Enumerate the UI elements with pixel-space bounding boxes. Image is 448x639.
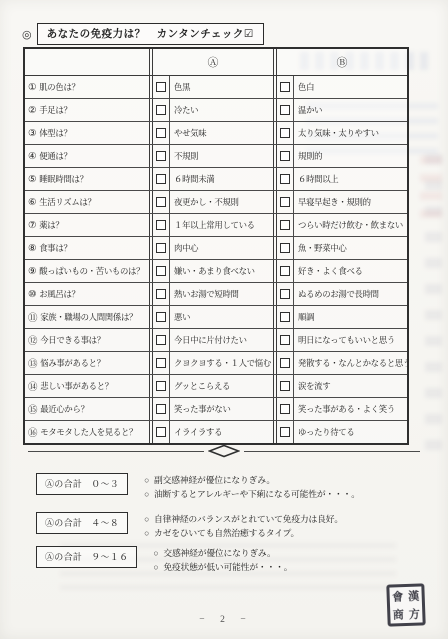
answer-b-cell: 涙を流す — [293, 375, 407, 397]
table-row: ⑤睡眠時間は？ ６時間未満 ６時間以上 — [25, 168, 407, 191]
answer-b-cell: つらい時だけ飲む・飲まない — [293, 214, 407, 236]
question-text: 生活リズムは？ — [39, 196, 95, 208]
checkbox-b-cell — [273, 421, 293, 443]
checkbox-a-cell — [149, 214, 169, 236]
checkbox-b[interactable] — [280, 151, 290, 161]
answer-a-text: 熱いお湯で短時間 — [174, 288, 239, 300]
checkbox-a-cell — [149, 306, 169, 328]
checkbox-b[interactable] — [280, 197, 290, 207]
page-number: − 2 − — [0, 611, 448, 625]
table-row: ⑯モタモタした人を見ると？ イライラする ゆったり待てる — [25, 421, 407, 443]
bleedthrough-artifact — [425, 150, 442, 450]
row-number: ⑬ — [28, 356, 37, 370]
result-text: 油断するとアレルギーや下痢になる可能性が・・・。 — [154, 488, 360, 502]
answer-b-text: ゆったり待てる — [298, 426, 354, 438]
checkbox-a[interactable] — [156, 128, 166, 138]
answer-a-text: クヨクヨする・１人で悩む — [174, 357, 271, 369]
answer-a-text: １年以上常用している — [174, 219, 255, 231]
row-number: ④ — [28, 151, 36, 162]
score-range-box: Ⓐの合計 ０〜３ — [36, 473, 128, 495]
answer-b-cell: 規則的 — [293, 145, 407, 167]
checkbox-b-cell — [273, 375, 293, 397]
checkbox-b[interactable] — [280, 220, 290, 230]
row-number: ⑩ — [28, 289, 36, 300]
checkbox-a-cell — [149, 122, 169, 144]
divider-line — [28, 451, 204, 452]
divider-line — [244, 451, 420, 452]
question-cell: ⑫今日できる事は？ — [25, 329, 149, 351]
score-range: ９〜１６ — [91, 550, 128, 563]
question-cell: ②手足は？ — [25, 99, 149, 121]
checkbox-b[interactable] — [280, 174, 290, 184]
answer-a-cell: 不規則 — [169, 145, 273, 167]
answer-b-text: 早寝早起き・規則的 — [298, 196, 371, 208]
checkbox-b[interactable] — [280, 427, 290, 437]
double-circle-icon: ◎ — [22, 28, 32, 41]
answer-b-text: 温かい — [298, 104, 322, 116]
header-question-cell — [25, 49, 149, 75]
checkbox-a-cell — [149, 283, 169, 305]
answer-b-text: 明日になってもいいと思う — [298, 334, 395, 346]
table-row: ①肌の色は？ 色黒 色白 — [25, 76, 407, 99]
question-cell: ⑨酸っぱいもの・苦いものは？ — [25, 260, 149, 282]
score-range: ０〜３ — [91, 477, 119, 490]
row-number: ⑪ — [28, 310, 37, 324]
answer-a-text: 今日中に片付けたい — [174, 334, 247, 346]
checkbox-b-cell — [273, 76, 293, 98]
result-block-low: Ⓐの合計 ０〜３ ○副交感神経が優位になりぎみ。 ○油断するとアレルギーや下痢に… — [36, 473, 360, 501]
checkbox-a-cell — [149, 76, 169, 98]
answer-b-text: 順調 — [298, 311, 314, 323]
row-number: ⑤ — [28, 174, 36, 185]
checkbox-b[interactable] — [280, 128, 290, 138]
question-cell: ⑮最近心から？ — [25, 398, 149, 420]
question-text: 今日できる事は？ — [40, 334, 105, 346]
answer-b-text: 規則的 — [298, 150, 322, 162]
checkbox-a-cell — [149, 145, 169, 167]
answer-b-cell: 順調 — [293, 306, 407, 328]
checkbox-a[interactable] — [156, 243, 166, 253]
answer-a-cell: 夜更かし・不規則 — [169, 191, 273, 213]
table-header-row: Ⓐ Ⓑ — [25, 49, 407, 76]
answer-a-cell: 色黒 — [169, 76, 273, 98]
answer-b-cell: 早寝早起き・規則的 — [293, 191, 407, 213]
checkbox-a[interactable] — [156, 105, 166, 115]
result-text: 免疫状態が低い可能性が・・・。 — [163, 561, 292, 575]
answer-a-cell: 肉中心 — [169, 237, 273, 259]
answer-a-text: グッとこらえる — [174, 380, 230, 392]
question-text: 食事は？ — [39, 242, 71, 254]
question-cell: ①肌の色は？ — [25, 76, 149, 98]
answer-b-cell: 好き・よく食べる — [293, 260, 407, 282]
answer-a-cell: 笑った事がない — [169, 398, 273, 420]
answer-b-text: ６時間以上 — [298, 173, 338, 185]
checkbox-b[interactable] — [280, 358, 290, 368]
answer-b-text: ぬるめのお湯で長時間 — [298, 288, 379, 300]
checkbox-b-cell — [273, 329, 293, 351]
answer-a-cell: 冷たい — [169, 99, 273, 121]
answer-a-text: 悪い — [174, 311, 190, 323]
checkbox-b[interactable] — [280, 289, 290, 299]
row-number: ⑭ — [28, 379, 37, 393]
checkbox-b[interactable] — [280, 82, 290, 92]
header-column-b: Ⓑ — [273, 49, 407, 75]
row-number: ⑦ — [28, 220, 36, 231]
score-range-box: Ⓐの合計 ９〜１６ — [36, 546, 137, 568]
question-cell: ⑦薬は？ — [25, 214, 149, 236]
answer-b-cell: 笑った事がある・よく笑う — [293, 398, 407, 420]
table-row: ⑥生活リズムは？ 夜更かし・不規則 早寝早起き・規則的 — [25, 191, 407, 214]
circle-bullet-icon: ○ — [144, 488, 149, 502]
checkbox-a-cell — [149, 260, 169, 282]
answer-b-cell: ゆったり待てる — [293, 421, 407, 443]
answer-b-text: 涙を流す — [298, 380, 330, 392]
answer-a-text: 嫌い・あまり食べない — [174, 265, 255, 277]
answer-a-text: 夜更かし・不規則 — [174, 196, 239, 208]
answer-b-cell: 明日になってもいいと思う — [293, 329, 407, 351]
checkbox-a[interactable] — [156, 174, 166, 184]
checkbox-b[interactable] — [280, 335, 290, 345]
row-number: ③ — [28, 128, 36, 139]
row-number: ① — [28, 82, 36, 93]
score-range-box: Ⓐの合計 ４〜８ — [36, 512, 128, 534]
answer-b-text: 色白 — [298, 81, 314, 93]
answer-a-text: 不規則 — [174, 150, 198, 162]
checkbox-b-cell — [273, 306, 293, 328]
circle-bullet-icon: ○ — [144, 527, 149, 541]
checkbox-a[interactable] — [156, 312, 166, 322]
question-text: 悲しい事があると？ — [40, 380, 113, 392]
checkbox-a-cell — [149, 191, 169, 213]
score-label: Ⓐの合計 — [45, 516, 82, 529]
answer-a-cell: クヨクヨする・１人で悩む — [169, 352, 273, 374]
question-cell: ⑤睡眠時間は？ — [25, 168, 149, 190]
result-text: 自律神経のバランスがとれていて免疫力は良好。 — [154, 513, 343, 527]
checkbox-a-cell — [149, 352, 169, 374]
checkbox-b[interactable] — [280, 105, 290, 115]
answer-b-cell: 色白 — [293, 76, 407, 98]
checkbox-a-cell — [149, 375, 169, 397]
checkbox-a[interactable] — [156, 358, 166, 368]
result-block-high: Ⓐの合計 ９〜１６ ○交感神経が優位になりぎみ。 ○免疫状態が低い可能性が・・・… — [36, 546, 292, 574]
answer-b-cell: ぬるめのお湯で長時間 — [293, 283, 407, 305]
checkbox-a-cell — [149, 329, 169, 351]
answer-b-cell: 魚・野菜中心 — [293, 237, 407, 259]
checkbox-a-cell — [149, 99, 169, 121]
checkbox-a-cell — [149, 398, 169, 420]
table-row: ④便通は？ 不規則 規則的 — [25, 145, 407, 168]
answer-b-cell: ６時間以上 — [293, 168, 407, 190]
checkbox-a[interactable] — [156, 381, 166, 391]
question-cell: ④便通は？ — [25, 145, 149, 167]
circle-bullet-icon: ○ — [144, 513, 149, 527]
score-range: ４〜８ — [91, 516, 119, 529]
table-row: ⑩お風呂は？ 熱いお湯で短時間 ぬるめのお湯で長時間 — [25, 283, 407, 306]
answer-a-cell: やせ気味 — [169, 122, 273, 144]
answer-b-cell: 発散する・なんとかなると思う — [293, 352, 407, 374]
diamond-icon — [208, 444, 240, 458]
checkbox-b-cell — [273, 168, 293, 190]
checkbox-a[interactable] — [156, 151, 166, 161]
table-row: ⑪家族・職場の人間関係は？ 悪い 順調 — [25, 306, 407, 329]
answer-b-text: 魚・野菜中心 — [298, 242, 346, 254]
answer-a-text: 冷たい — [174, 104, 198, 116]
question-cell: ⑭悲しい事があると？ — [25, 375, 149, 397]
checkbox-b-cell — [273, 122, 293, 144]
checkbox-b[interactable] — [280, 312, 290, 322]
answer-a-cell: 嫌い・あまり食べない — [169, 260, 273, 282]
circle-bullet-icon: ○ — [144, 474, 149, 488]
question-text: 睡眠時間は？ — [39, 173, 87, 185]
question-text: 悩み事があると？ — [40, 357, 105, 369]
row-number: ⑥ — [28, 197, 36, 208]
checkbox-b-cell — [273, 191, 293, 213]
checkbox-b[interactable] — [280, 381, 290, 391]
question-cell: ⑧食事は？ — [25, 237, 149, 259]
checkbox-a[interactable] — [156, 197, 166, 207]
question-cell: ③体型は？ — [25, 122, 149, 144]
question-text: 酸っぱいもの・苦いものは？ — [39, 265, 144, 277]
question-cell: ⑯モタモタした人を見ると？ — [25, 421, 149, 443]
question-cell: ⑪家族・職場の人間関係は？ — [25, 306, 149, 328]
checkbox-a-cell — [149, 421, 169, 443]
answer-b-text: つらい時だけ飲む・飲まない — [298, 219, 403, 231]
title-row: ◎ あなたの免疫力は？ カンタンチェック☑ — [22, 23, 264, 45]
checkbox-b-cell — [273, 352, 293, 374]
header-column-a: Ⓐ — [149, 49, 273, 75]
answer-a-text: 笑った事がない — [174, 403, 231, 415]
seal-character: 漢 — [405, 586, 422, 605]
immunity-check-table: Ⓐ Ⓑ ①肌の色は？ 色黒 色白 ②手足は？ 冷たい 温かい ③体型は？ やせ気… — [23, 47, 409, 445]
question-cell: ⑥生活リズムは？ — [25, 191, 149, 213]
table-row: ⑭悲しい事があると？ グッとこらえる 涙を流す — [25, 375, 407, 398]
question-text: お風呂は？ — [39, 288, 79, 300]
checkbox-b-cell — [273, 398, 293, 420]
answer-a-text: 色黒 — [174, 81, 190, 93]
result-text: カゼをひいても自然治癒するタイプ。 — [154, 527, 299, 541]
question-text: 最近心から？ — [40, 403, 88, 415]
answer-a-cell: グッとこらえる — [169, 375, 273, 397]
result-text: 交感神経が優位になりぎみ。 — [163, 547, 275, 561]
scanned-document-page: ◎ あなたの免疫力は？ カンタンチェック☑ Ⓐ Ⓑ ①肌の色は？ 色黒 色白 ②… — [0, 0, 448, 639]
answer-b-cell: 温かい — [293, 99, 407, 121]
question-cell: ⑬悩み事があると？ — [25, 352, 149, 374]
checkbox-b-cell — [273, 99, 293, 121]
answer-b-text: 太り気味・太りやすい — [298, 127, 379, 139]
page-title: あなたの免疫力は？ カンタンチェック☑ — [37, 23, 264, 45]
question-text: 便通は？ — [39, 150, 71, 162]
answer-a-cell: ６時間未満 — [169, 168, 273, 190]
checkbox-a[interactable] — [156, 82, 166, 92]
answer-b-text: 好き・よく食べる — [298, 265, 363, 277]
checkbox-a[interactable] — [156, 266, 166, 276]
score-label: Ⓐの合計 — [45, 477, 82, 490]
table-row: ②手足は？ 冷たい 温かい — [25, 99, 407, 122]
checkbox-a[interactable] — [156, 427, 166, 437]
answer-a-cell: 熱いお湯で短時間 — [169, 283, 273, 305]
answer-a-cell: １年以上常用している — [169, 214, 273, 236]
checkbox-a-cell — [149, 168, 169, 190]
checkbox-b-cell — [273, 237, 293, 259]
circle-bullet-icon: ○ — [153, 561, 158, 575]
seal-character: 會 — [389, 587, 406, 606]
section-divider — [28, 444, 420, 458]
bleedthrough-artifact — [420, 152, 442, 218]
question-text: 手足は？ — [39, 104, 71, 116]
question-text: モタモタした人を見ると？ — [40, 426, 137, 438]
checkbox-b[interactable] — [280, 404, 290, 414]
question-cell: ⑩お風呂は？ — [25, 283, 149, 305]
score-label: Ⓐの合計 — [45, 550, 82, 563]
answer-b-cell: 太り気味・太りやすい — [293, 122, 407, 144]
checkbox-b-cell — [273, 145, 293, 167]
row-number: ⑫ — [28, 333, 37, 347]
row-number: ⑨ — [28, 266, 36, 277]
answer-a-cell: 今日中に片付けたい — [169, 329, 273, 351]
row-number: ⑮ — [28, 402, 37, 416]
table-row: ⑦薬は？ １年以上常用している つらい時だけ飲む・飲まない — [25, 214, 407, 237]
row-number: ⑧ — [28, 243, 36, 254]
checkbox-b[interactable] — [280, 266, 290, 276]
checkbox-b-cell — [273, 260, 293, 282]
answer-a-text: やせ気味 — [174, 127, 206, 139]
checkbox-a[interactable] — [156, 289, 166, 299]
row-number: ② — [28, 105, 36, 116]
checkbox-b-cell — [273, 283, 293, 305]
checkbox-a[interactable] — [156, 220, 166, 230]
table-row: ⑮最近心から？ 笑った事がない 笑った事がある・よく笑う — [25, 398, 407, 421]
checkbox-b[interactable] — [280, 243, 290, 253]
checkbox-b-cell — [273, 214, 293, 236]
table-row: ③体型は？ やせ気味 太り気味・太りやすい — [25, 122, 407, 145]
answer-a-cell: イライラする — [169, 421, 273, 443]
row-number: ⑯ — [28, 425, 37, 439]
circle-bullet-icon: ○ — [153, 547, 158, 561]
result-block-mid: Ⓐの合計 ４〜８ ○自律神経のバランスがとれていて免疫力は良好。 ○カゼをひいて… — [36, 512, 343, 540]
checkbox-a[interactable] — [156, 404, 166, 414]
result-text: 副交感神経が優位になりぎみ。 — [154, 474, 275, 488]
table-row: ⑬悩み事があると？ クヨクヨする・１人で悩む 発散する・なんとかなると思う — [25, 352, 407, 375]
checkbox-a-cell — [149, 237, 169, 259]
question-text: 家族・職場の人間関係は？ — [40, 311, 137, 323]
question-text: 肌の色は？ — [39, 81, 79, 93]
answer-a-text: ６時間未満 — [174, 173, 214, 185]
answer-a-text: 肉中心 — [174, 242, 198, 254]
answer-a-cell: 悪い — [169, 306, 273, 328]
table-row: ⑫今日できる事は？ 今日中に片付けたい 明日になってもいいと思う — [25, 329, 407, 352]
answer-a-text: イライラする — [174, 426, 222, 438]
answer-b-text: 発散する・なんとかなると思う — [298, 357, 407, 369]
table-row: ⑧食事は？ 肉中心 魚・野菜中心 — [25, 237, 407, 260]
checkbox-a[interactable] — [156, 335, 166, 345]
question-text: 体型は？ — [39, 127, 71, 139]
table-row: ⑨酸っぱいもの・苦いものは？ 嫌い・あまり食べない 好き・よく食べる — [25, 260, 407, 283]
answer-b-text: 笑った事がある・よく笑う — [298, 403, 395, 415]
question-text: 薬は？ — [39, 219, 63, 231]
